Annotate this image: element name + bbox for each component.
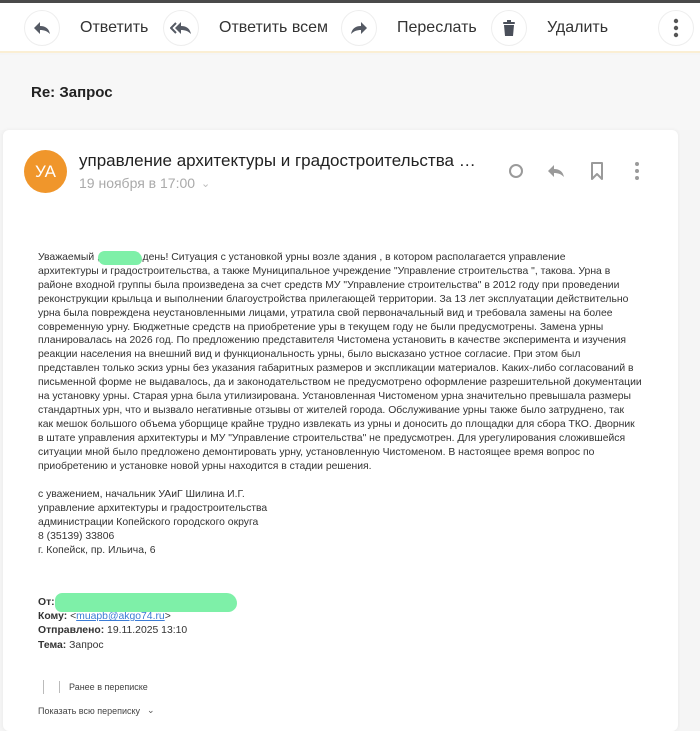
more-actions-button[interactable]: [658, 9, 694, 47]
sender-name[interactable]: управление архитектуры и градостроительс…: [79, 151, 479, 171]
signature-line: 8 (35139) 33806: [38, 530, 267, 544]
subject-label: Тема:: [38, 640, 66, 651]
body-line: современную урну. Бюджетные средств на п…: [38, 321, 676, 335]
sent-label: Отправлено:: [38, 625, 104, 636]
body-line: на установку урны. Старая урна была утил…: [38, 390, 676, 404]
quote-bar: [59, 681, 60, 693]
reply-all-icon: [163, 10, 199, 46]
body-line: реконструкции крыльца и выполнении благо…: [38, 293, 676, 307]
delete-label: Удалить: [547, 19, 608, 37]
message-toolbar: Ответить Ответить всем Переслать Удалить: [0, 3, 700, 53]
more-vertical-icon: [634, 161, 640, 181]
more-vertical-icon: [658, 10, 694, 46]
chevron-down-icon: ⌄: [147, 705, 155, 716]
body-line: ситуации мной было предложено демонтиров…: [38, 446, 676, 460]
reply-icon: [24, 10, 60, 46]
signature-line: с уважением, начальник УАиГ Шилина И.Г.: [38, 488, 267, 502]
body-line: представлен только эскиз урны без указан…: [38, 362, 676, 376]
signature: с уважением, начальник УАиГ Шилина И.Г. …: [38, 488, 267, 558]
body-line: архитектуры и градостроительства, а такж…: [38, 265, 676, 279]
chevron-down-icon: ⌄: [201, 177, 210, 190]
show-all-label: Показать всю переписку: [38, 706, 140, 716]
from-label: От:: [38, 597, 55, 608]
body-line: письменной форме не выдавалось, да и зак…: [38, 376, 676, 390]
date-text: 19 ноября в 17:00: [79, 175, 195, 191]
sender-avatar[interactable]: УА: [24, 150, 67, 193]
header-more-button[interactable]: [626, 160, 648, 182]
signature-line: администрации Копейского городского окру…: [38, 516, 267, 530]
trash-icon: [491, 10, 527, 46]
body-line: стандартных урн, что и вызвало негативны…: [38, 404, 676, 418]
message-date[interactable]: 19 ноября в 17:00 ⌄: [79, 175, 210, 191]
redaction-mark: [98, 251, 142, 265]
bookmark-button[interactable]: [586, 160, 608, 182]
header-reply-button[interactable]: [545, 160, 567, 182]
reply-all-button[interactable]: Ответить всем: [163, 9, 328, 47]
to-label: Кому:: [38, 611, 67, 622]
forward-label: Переслать: [397, 19, 477, 37]
body-line: в штате управления архитектуры и МУ "Упр…: [38, 432, 676, 446]
quote-bar: [43, 680, 44, 694]
reply-all-label: Ответить всем: [219, 19, 328, 37]
forward-icon: [341, 10, 377, 46]
earlier-label: Ранее в переписке: [69, 682, 148, 692]
quoted-sent: Отправлено: 19.11.2025 13:10: [38, 624, 187, 638]
body-line: приобретению и установке новой урны нахо…: [38, 460, 676, 474]
body-line: реакции населения на внешний вид и функц…: [38, 348, 676, 362]
mark-unread-button[interactable]: [505, 160, 527, 182]
redaction-mark: [55, 593, 237, 612]
circle-icon: [508, 163, 524, 179]
quoted-to: Кому: <muapb@akgo74.ru>: [38, 610, 187, 624]
body-line: районе входной группы была произведена з…: [38, 279, 676, 293]
signature-line: управление архитектуры и градостроительс…: [38, 502, 267, 516]
quoted-subject: Тема: Запрос: [38, 639, 187, 653]
reply-icon: [547, 164, 565, 178]
reply-button[interactable]: Ответить: [24, 9, 148, 47]
bookmark-icon: [590, 162, 604, 180]
forward-button[interactable]: Переслать: [341, 9, 477, 47]
body-line: урна была повреждена неустановленными ли…: [38, 307, 676, 321]
to-bracket-close: >: [165, 611, 171, 622]
signature-line: г. Копейск, пр. Ильича, 6: [38, 544, 267, 558]
sent-value: 19.11.2025 13:10: [107, 625, 187, 636]
message-subject: Re: Запрос: [31, 84, 113, 101]
to-email-link[interactable]: muapb@akgo74.ru: [76, 611, 165, 622]
body-line: планировалась на 2026 год. По предложени…: [38, 334, 676, 348]
reply-label: Ответить: [80, 19, 148, 37]
body-line: как мешок большого объема уборщице крайн…: [38, 418, 676, 432]
earlier-in-thread[interactable]: Ранее в переписке: [43, 680, 148, 694]
delete-button[interactable]: Удалить: [491, 9, 608, 47]
message-body: Уважаемый , добрый день! Ситуация с уста…: [38, 251, 676, 474]
right-gutter: [680, 130, 700, 731]
subject-value: Запрос: [69, 640, 103, 651]
show-all-thread-button[interactable]: Показать всю переписку ⌄: [38, 705, 155, 716]
